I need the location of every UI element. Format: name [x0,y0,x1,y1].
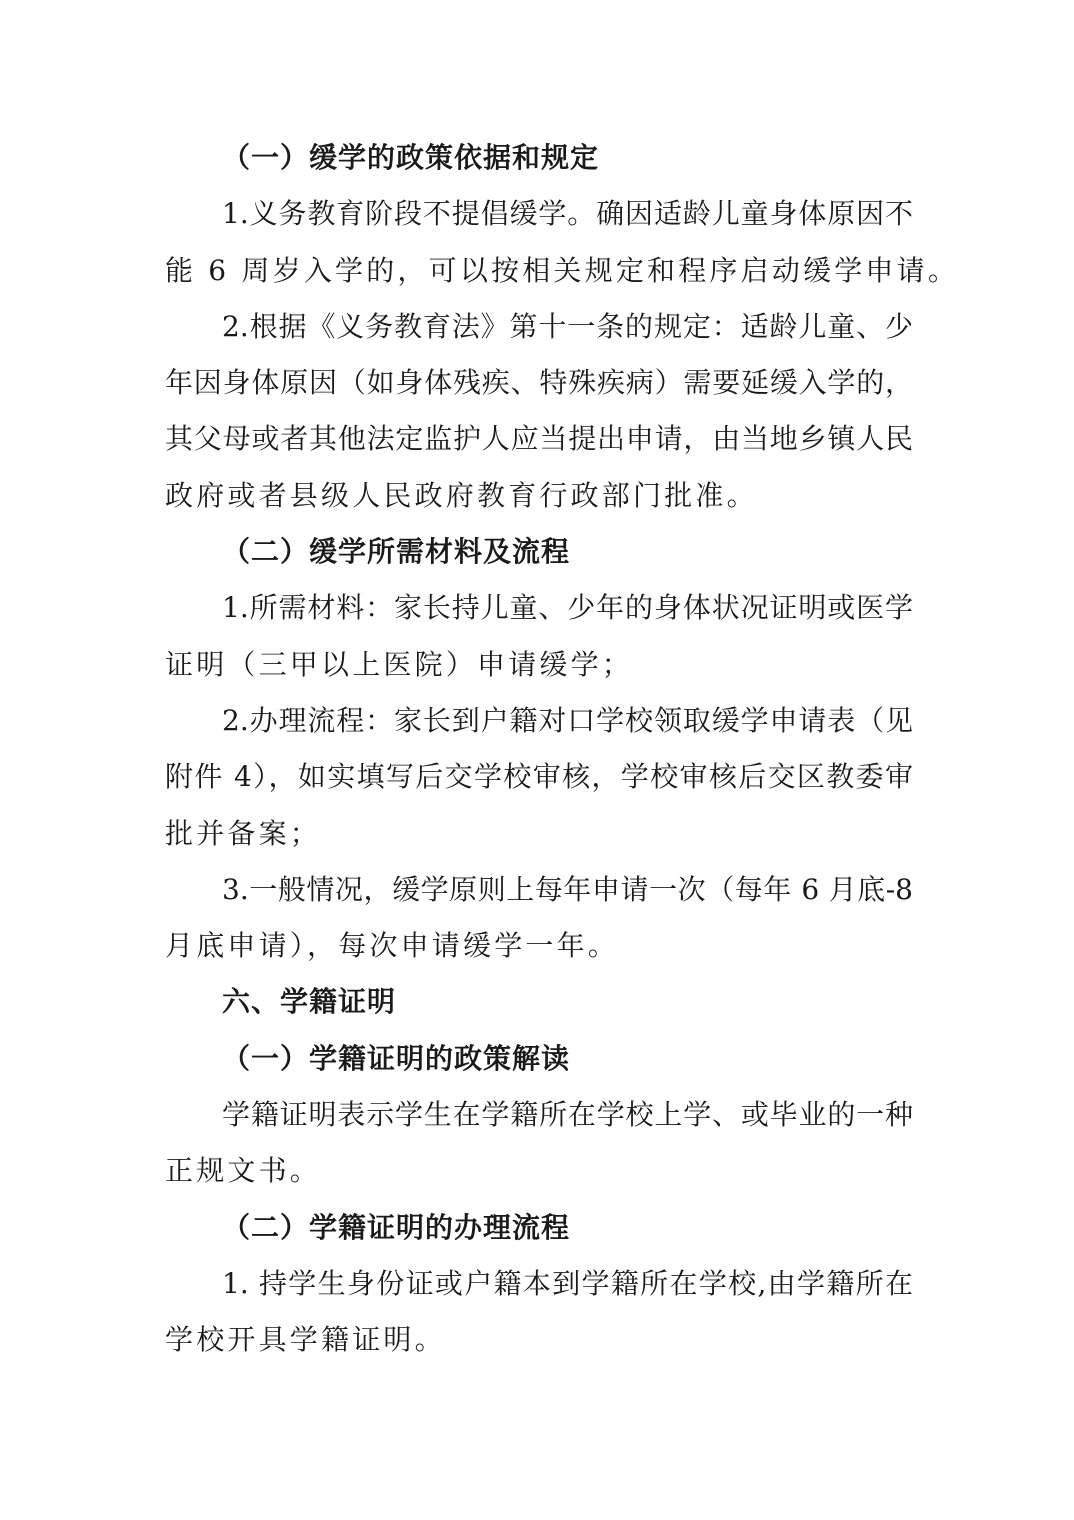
paragraph-line: 学籍证明表示学生在学籍所在学校上学、或毕业的一种 [165,1093,913,1149]
section-heading: （二）缓学所需材料及流程 [165,530,913,586]
paragraph-line: 年因身体原因（如身体残疾、特殊疾病）需要延缓入学的， [165,361,913,417]
section-heading: （一）缓学的政策依据和规定 [165,136,913,192]
paragraph-line: 正规文书。 [165,1149,913,1205]
paragraph-line: 1.所需材料：家长持儿童、少年的身体状况证明或医学 [165,586,913,642]
document-page: （一）缓学的政策依据和规定 1.义务教育阶段不提倡缓学。确因适龄儿童身体原因不 … [165,136,913,1375]
paragraph: 1.义务教育阶段不提倡缓学。确因适龄儿童身体原因不 能 6 周岁入学的，可以按相… [165,192,913,305]
paragraph: 1. 持学生身份证或户籍本到学籍所在学校,由学籍所在 学校开具学籍证明。 [165,1262,913,1375]
paragraph: 3.一般情况，缓学原则上每年申请一次（每年 6 月底-8 月底申请），每次申请缓… [165,868,913,981]
paragraph-line: 能 6 周岁入学的，可以按相关规定和程序启动缓学申请。 [165,249,913,305]
section-heading: （二）学籍证明的办理流程 [165,1206,913,1262]
paragraph-line: 2.根据《义务教育法》第十一条的规定：适龄儿童、少 [165,305,913,361]
paragraph: 2.根据《义务教育法》第十一条的规定：适龄儿童、少 年因身体原因（如身体残疾、特… [165,305,913,530]
section-heading: （一）学籍证明的政策解读 [165,1037,913,1093]
paragraph-line: 月底申请），每次申请缓学一年。 [165,924,913,980]
paragraph-line: 学校开具学籍证明。 [165,1318,913,1374]
paragraph-line: 证明（三甲以上医院）申请缓学； [165,643,913,699]
paragraph-line: 3.一般情况，缓学原则上每年申请一次（每年 6 月底-8 [165,868,913,924]
paragraph: 1.所需材料：家长持儿童、少年的身体状况证明或医学 证明（三甲以上医院）申请缓学… [165,586,913,699]
paragraph-line: 1.义务教育阶段不提倡缓学。确因适龄儿童身体原因不 [165,192,913,248]
paragraph-line: 政府或者县级人民政府教育行政部门批准。 [165,474,913,530]
paragraph-line: 2.办理流程：家长到户籍对口学校领取缓学申请表（见 [165,699,913,755]
paragraph-line: 附件 4），如实填写后交学校审核，学校审核后交区教委审 [165,755,913,811]
paragraph: 学籍证明表示学生在学籍所在学校上学、或毕业的一种 正规文书。 [165,1093,913,1206]
chapter-heading: 六、学籍证明 [165,980,913,1036]
paragraph: 2.办理流程：家长到户籍对口学校领取缓学申请表（见 附件 4），如实填写后交学校… [165,699,913,868]
paragraph-line: 1. 持学生身份证或户籍本到学籍所在学校,由学籍所在 [165,1262,913,1318]
paragraph-line: 其父母或者其他法定监护人应当提出申请，由当地乡镇人民 [165,417,913,473]
paragraph-line: 批并备案； [165,812,913,868]
